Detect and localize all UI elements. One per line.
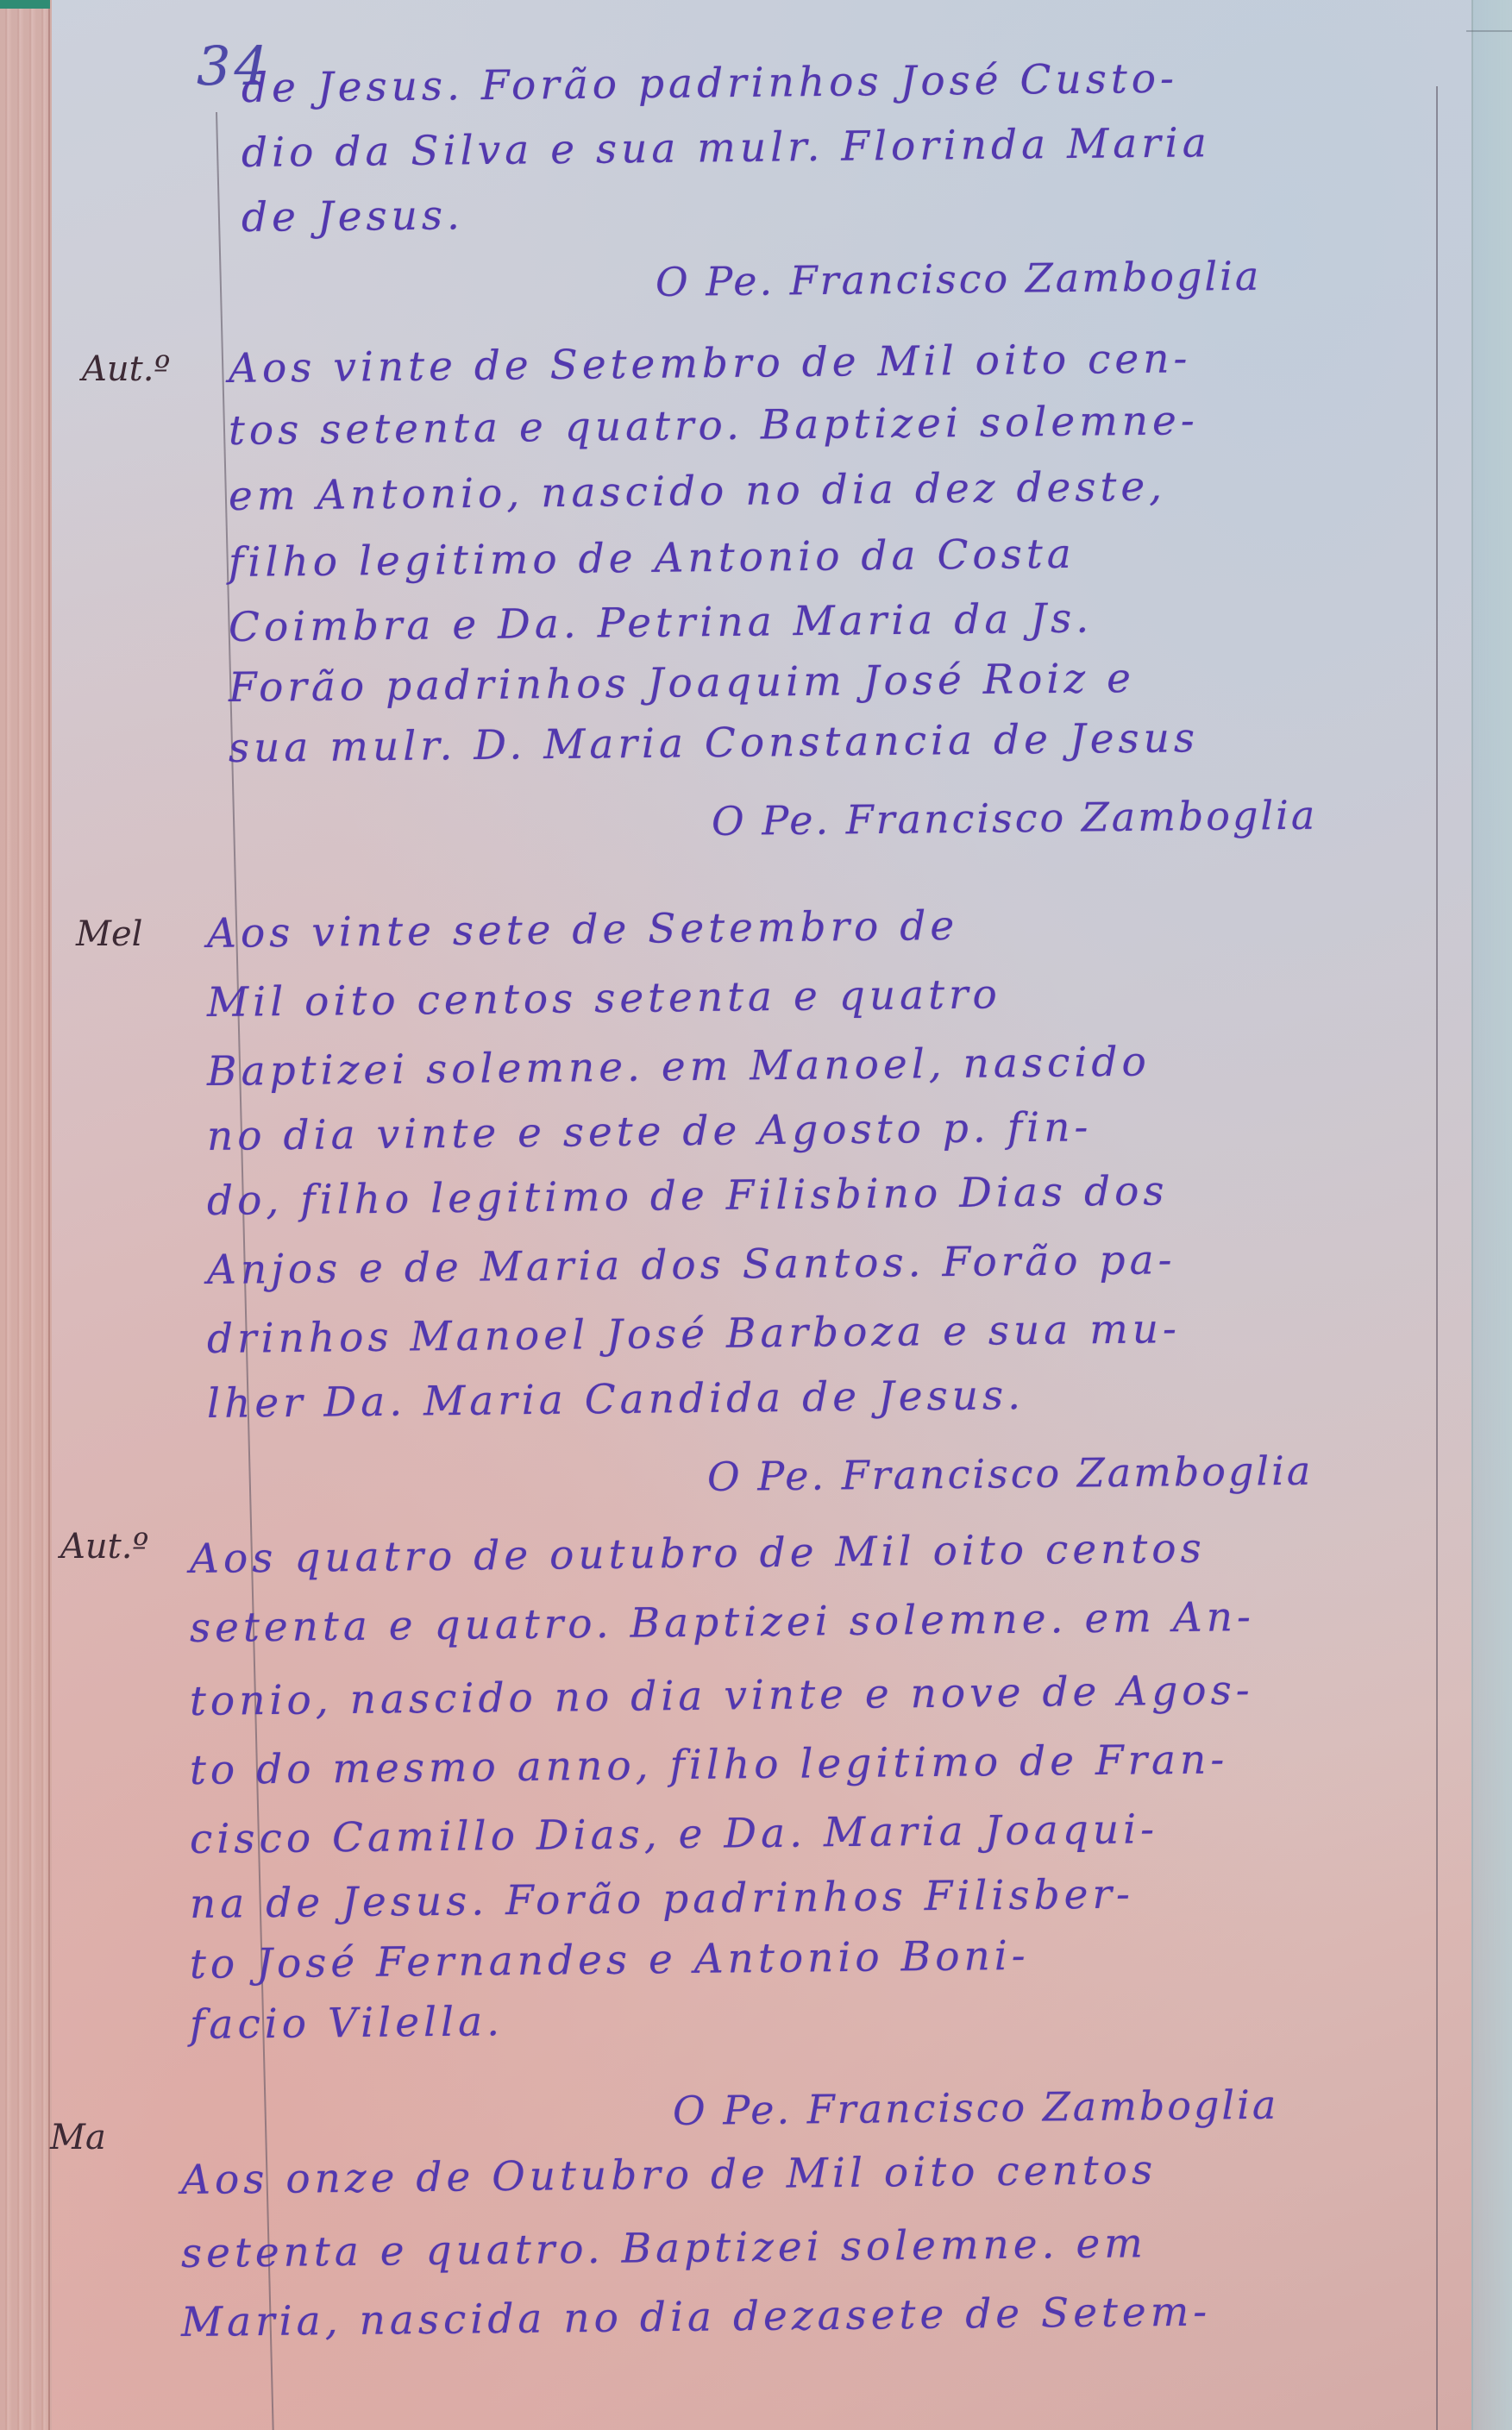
entry-line: Baptizei solemne. em Manoel, nascido xyxy=(207,1039,1151,1096)
green-binding-tab xyxy=(0,0,50,9)
entry-line: facio Vilella. xyxy=(190,1998,505,2049)
entry-line: do, filho legitimo de Filisbino Dias dos xyxy=(207,1167,1169,1225)
entry-line: Coimbra e Da. Petrina Maria da Js. xyxy=(229,595,1094,651)
entry-line: lher Da. Maria Candida de Jesus. xyxy=(207,1372,1026,1428)
entry-line: setenta e quatro. Baptizei solemne. em xyxy=(181,2220,1147,2277)
entry-line: cisco Camillo Dias, e Da. Maria Joaqui- xyxy=(190,1805,1159,1863)
entry-line: tos setenta e quatro. Baptizei solemne- xyxy=(229,397,1199,455)
entry-line: em Antonio, nascido no dia dez deste, xyxy=(229,463,1167,520)
entry-line: Aos vinte sete de Setembro de xyxy=(207,902,959,958)
priest-signature: O Pe. Francisco Zamboglia xyxy=(707,1447,1314,1500)
priest-signature: O Pe. Francisco Zamboglia xyxy=(673,2082,1279,2134)
margin-note-maria: Ma xyxy=(50,2118,106,2157)
entry-line: na de Jesus. Forão padrinhos Filisber- xyxy=(190,1871,1134,1928)
margin-note-manoel: Mel xyxy=(76,914,142,954)
page-edge-line xyxy=(48,0,50,2430)
entry-line: no dia vinte e sete de Agosto p. fin- xyxy=(207,1103,1093,1160)
entry-line: Aos vinte de Setembro de Mil oito cen- xyxy=(229,335,1192,392)
adjacent-page-edge xyxy=(1471,0,1512,2430)
entry-line: de Jesus. Forão padrinhos José Custo- xyxy=(242,55,1178,112)
entry-line: de Jesus. xyxy=(242,192,465,242)
entry-line: sua mulr. D. Maria Constancia de Jesus xyxy=(229,714,1200,772)
margin-note-antonio-2: Aut.º xyxy=(60,1527,148,1567)
entry-line: Mil oito centos setenta e quatro xyxy=(207,970,1001,1027)
entry-line: to José Fernandes e Antonio Boni- xyxy=(190,1932,1030,1988)
adjacent-page-rule xyxy=(1466,30,1512,32)
entry-line: filho legitimo de Antonio da Costa xyxy=(229,531,1076,587)
priest-signature: O Pe. Francisco Zamboglia xyxy=(656,253,1262,305)
entry-line: Forão padrinhos Joaquim José Roiz e xyxy=(229,655,1135,712)
entry-line: Anjos e de Maria dos Santos. Forão pa- xyxy=(207,1236,1176,1294)
priest-signature: O Pe. Francisco Zamboglia xyxy=(712,792,1318,845)
entry-line: dio da Silva e sua mulr. Florinda Maria xyxy=(242,119,1211,177)
margin-note-antonio-1: Aut.º xyxy=(82,349,170,389)
stacked-page-edges xyxy=(0,0,52,2430)
right-margin-rule xyxy=(1436,86,1438,2430)
